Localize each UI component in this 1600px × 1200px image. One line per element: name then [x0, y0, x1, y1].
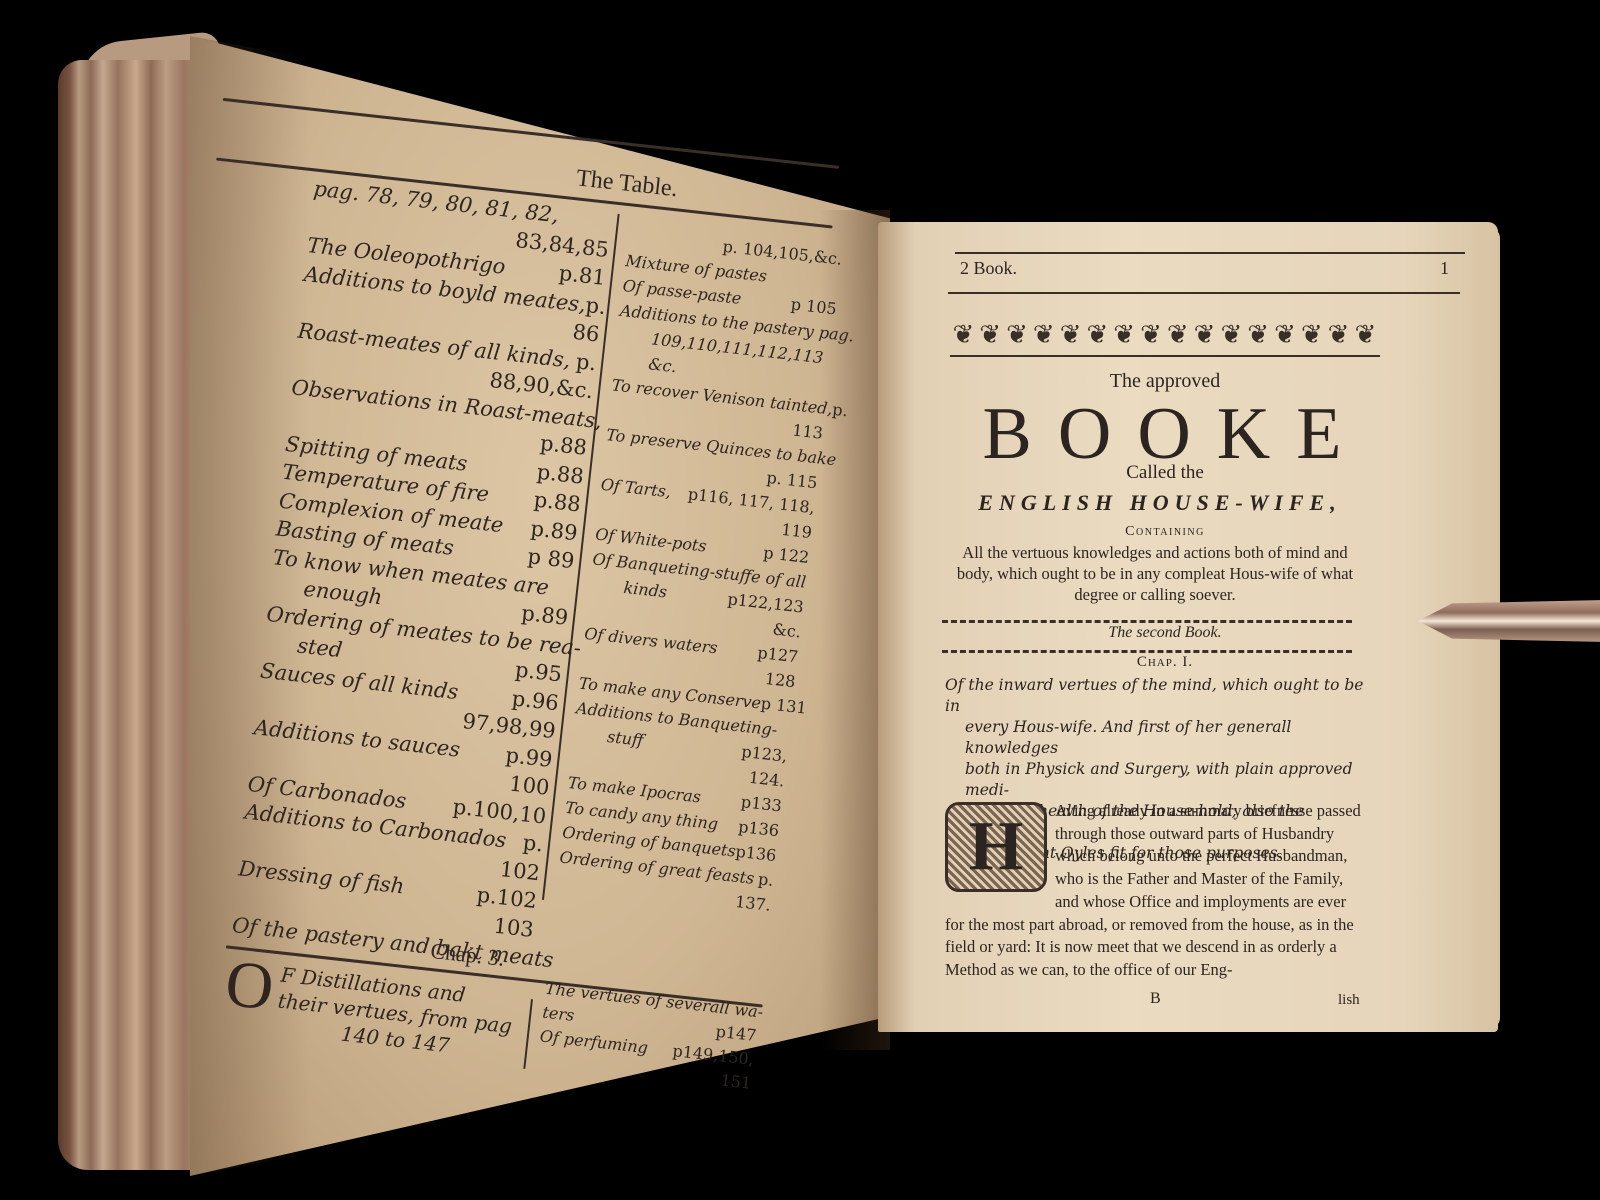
running-head: 2 Book.: [960, 258, 1017, 279]
toc-entry-page: 100: [508, 770, 551, 803]
fleuron-icon: ❦: [1084, 316, 1111, 354]
chapter-label: Chap. I.: [1000, 654, 1330, 671]
toc-entry-page: p.: [831, 397, 849, 424]
fleuron-icon: ❦: [1138, 316, 1165, 354]
book-photo: The Table. pag. 78, 79, 80, 81, 82,83,84…: [0, 0, 1600, 1200]
body-paragraph: H Aving already in a summary briefnesse …: [945, 800, 1365, 982]
fleuron-icon: ❦: [1164, 316, 1191, 354]
chapter-desc-line: both in Physick and Surgery, with plain …: [945, 759, 1365, 801]
page-number: 1: [1440, 258, 1449, 279]
ornamental-drop-cap-h: H: [945, 802, 1047, 892]
section-rule-top: [942, 620, 1352, 623]
fleuron-icon: ❦: [1191, 316, 1218, 354]
toc-entry-page: p.: [757, 866, 775, 893]
drop-cap-o: O: [223, 956, 277, 1017]
fleuron-icon: ❦: [1057, 316, 1084, 354]
title-description: All the vertuous knowledges and actions …: [945, 542, 1365, 605]
title-approved: The approved: [1000, 370, 1330, 393]
toc-entry-page: 86: [571, 318, 601, 349]
fleuron-icon: ❦: [1298, 316, 1325, 354]
table-of-contents: The Table. pag. 78, 79, 80, 81, 82,83,84…: [115, 80, 861, 1144]
fleuron-icon: ❦: [1218, 316, 1245, 354]
toc-entry-page: p.: [521, 828, 544, 859]
head-rule-bottom: [948, 292, 1460, 294]
head-rule-top: [955, 252, 1465, 254]
toc-entry-page: 124.: [748, 765, 786, 794]
toc-entry-page: p.: [575, 347, 598, 378]
toc-entry-page: &c.: [771, 617, 802, 645]
chapter-desc-line: Of the inward vertues of the mind, which…: [945, 676, 1363, 715]
chapter-desc-line: every Hous-wife. And first of her genera…: [945, 717, 1365, 759]
chapter-entry: O F Distillations and their vertues, fro…: [220, 956, 527, 1066]
fleuron-icon: ❦: [950, 316, 977, 354]
title-called-the: Called the: [1000, 462, 1330, 484]
title-containing: Containing: [1000, 524, 1330, 540]
fleuron-icon: ❦: [1111, 316, 1138, 354]
page-title: The Table.: [575, 165, 679, 203]
toc-entry-page: 128: [764, 666, 797, 694]
toc-entry-title: &c.: [647, 351, 678, 379]
fleuron-icon: ❦: [1030, 316, 1057, 354]
fleuron-icon: ❦: [1004, 316, 1031, 354]
section-heading: The second Book.: [1000, 624, 1330, 642]
chapter-right-entries: The vertues of severall wa-tersp147Of pe…: [536, 977, 760, 1096]
toc-entry-page: p.: [584, 291, 607, 322]
ornamental-band: ❦❦❦❦❦❦❦❦❦❦❦❦❦❦❦❦: [950, 316, 1380, 354]
toc-entry-page: 119: [780, 517, 813, 545]
header-rule-top: [223, 98, 840, 169]
toc-entry-page: 151: [719, 1069, 752, 1096]
fleuron-icon: ❦: [1272, 316, 1299, 354]
catchword: lish: [1338, 992, 1360, 1009]
toc-left-column: pag. 78, 79, 80, 81, 82,83,84,85The Oole…: [231, 174, 614, 972]
fleuron-icon: ❦: [1245, 316, 1272, 354]
fleuron-icon: ❦: [977, 316, 1004, 354]
title-english-housewife: ENGLISH HOUSE-WIFE,: [945, 490, 1375, 516]
toc-entry-page: 113: [791, 417, 824, 445]
toc-entry-title: ters: [541, 1001, 575, 1028]
toc-entry-page: 102: [498, 855, 541, 888]
fleuron-icon: ❦: [1352, 316, 1379, 354]
toc-entry-page: 103: [492, 911, 535, 944]
fleuron-icon: ❦: [1325, 316, 1352, 354]
toc-entry-page: 137.: [734, 889, 772, 918]
ornament-rule: [950, 355, 1380, 357]
section-rule-bottom: [942, 650, 1352, 653]
signature-mark: B: [1150, 990, 1161, 1008]
